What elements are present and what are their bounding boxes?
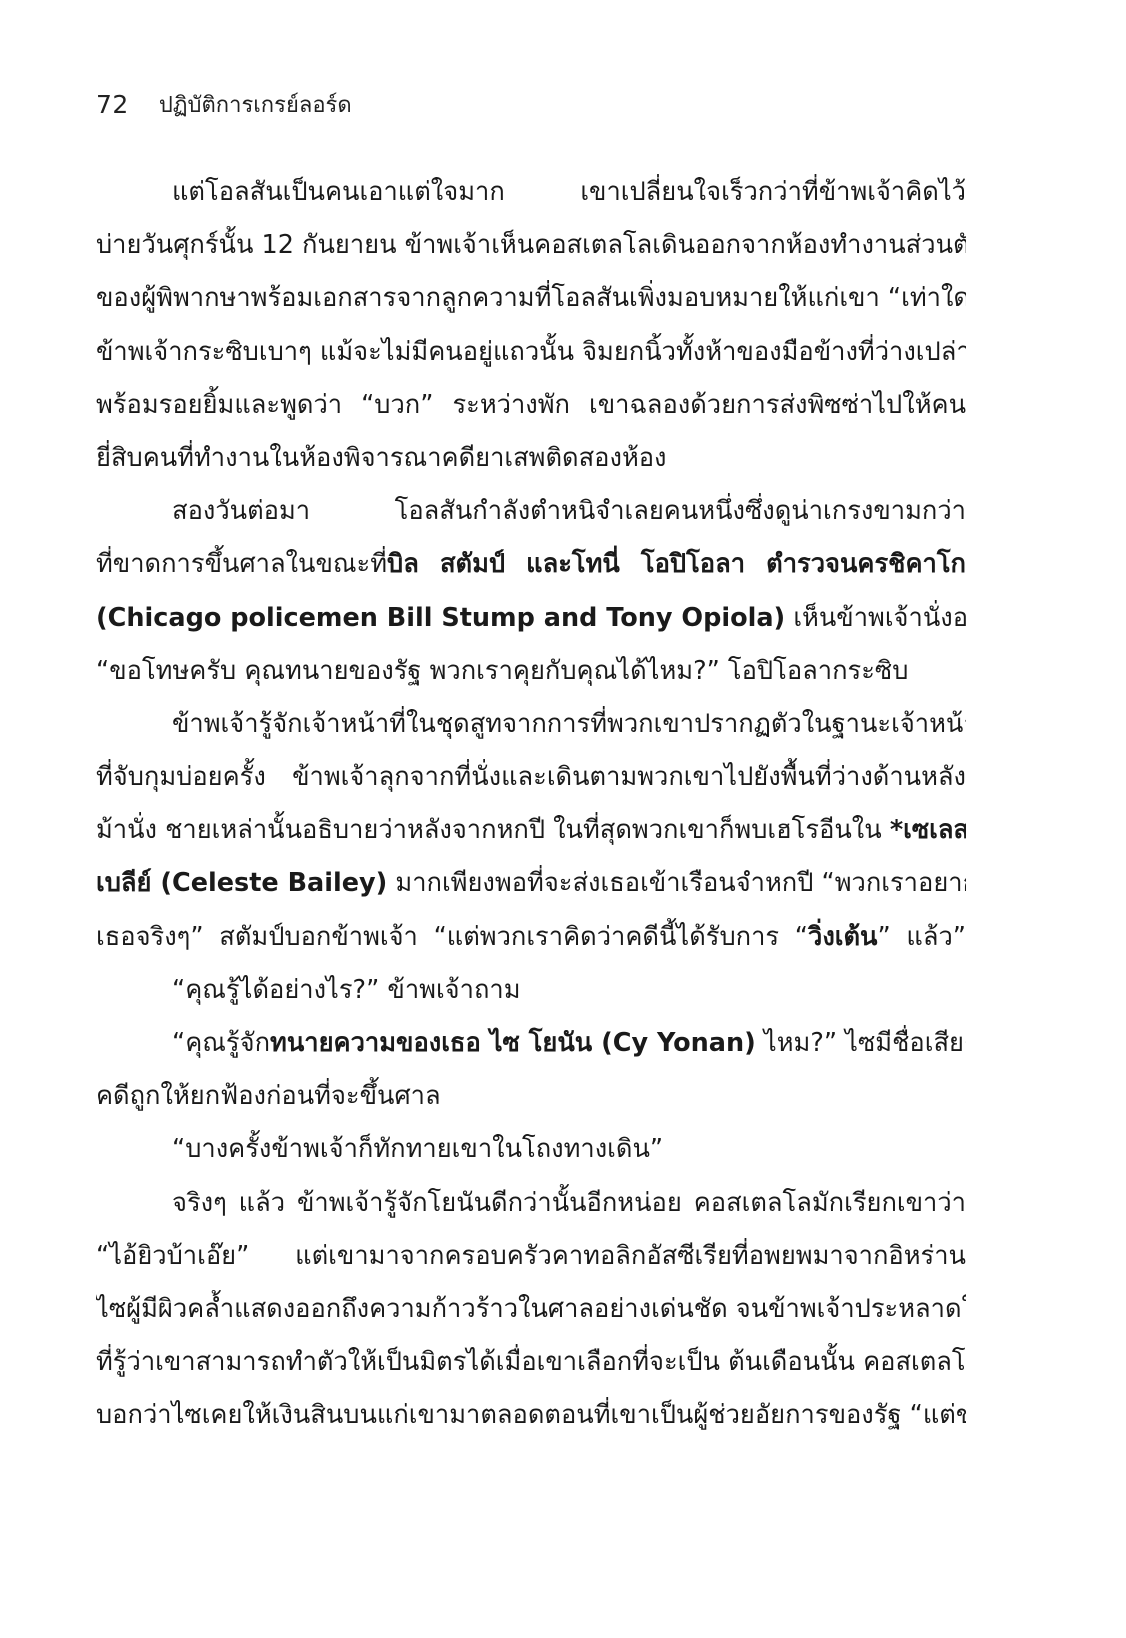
page-number: 72 <box>96 90 129 119</box>
text-line: แต่โอลสันเป็นคนเอาแต่ใจมาก เขาเปลี่ยนใจเ… <box>96 166 966 219</box>
text-line: “คุณรู้ได้อย่างไร?” ข้าพเจ้าถาม <box>96 964 966 1017</box>
text-segment: พร้อมรอยยิ้มและพูดว่า “บวก” ระหว่างพัก เ… <box>96 390 966 420</box>
text-line: ม้านั่ง ชายเหล่านั้นอธิบายว่าหลังจากหกปี… <box>96 804 966 857</box>
text-line: “ไอ้ยิวบ้าเอ๊ย” แต่เขามาจากครอบครัวคาทอล… <box>96 1230 966 1283</box>
text-line: (Chicago policemen Bill Stump and Tony O… <box>96 592 966 645</box>
text-line: ไซผู้มีผิวคล้ำแสดงออกถึงความก้าวร้าวในศา… <box>96 1283 966 1336</box>
text-line: ข้าพเจ้ากระซิบเบาๆ แม้จะไม่มีคนอยู่แถวนั… <box>96 326 966 379</box>
text-line: เธอจริงๆ” สตัมป์บอกข้าพเจ้า “แต่พวกเราคิ… <box>96 911 966 964</box>
text-segment: ที่ขาดการขึ้นศาลในขณะที่ <box>96 549 387 579</box>
text-segment: ที่รู้ว่าเขาสามารถทำตัวให้เป็นมิตรได้เมื… <box>96 1347 966 1377</box>
text-line: “คุณรู้จักทนายความของเธอ ไซ โยนัน (Cy Yo… <box>96 1017 966 1070</box>
text-line: บอกว่าไซเคยให้เงินสินบนแก่เขามาตลอดตอนที… <box>96 1389 966 1442</box>
bold-text-segment: (Chicago policemen Bill Stump and Tony O… <box>96 603 785 633</box>
text-segment: บอกว่าไซเคยให้เงินสินบนแก่เขามาตลอดตอนที… <box>96 1400 966 1430</box>
text-segment: “คุณรู้จัก <box>172 1028 270 1058</box>
text-segment: ข้าพเจ้ารู้จักเจ้าหน้าที่ในชุดสูทจากการท… <box>172 709 966 739</box>
text-segment: ข้าพเจ้ากระซิบเบาๆ แม้จะไม่มีคนอยู่แถวนั… <box>96 337 966 367</box>
body-text: แต่โอลสันเป็นคนเอาแต่ใจมาก เขาเปลี่ยนใจเ… <box>96 166 966 1443</box>
book-page: 72 ปฏิบัติการเกรย์ลอร์ด แต่โอลสันเป็นคนเ… <box>0 0 1126 1638</box>
book-title: ปฏิบัติการเกรย์ลอร์ด <box>159 87 352 122</box>
text-segment: แต่โอลสันเป็นคนเอาแต่ใจมาก เขาเปลี่ยนใจเ… <box>172 177 966 207</box>
text-segment: ม้านั่ง ชายเหล่านั้นอธิบายว่าหลังจากหกปี… <box>96 815 890 845</box>
text-line: ที่ขาดการขึ้นศาลในขณะที่บิล สตัมป์ และโท… <box>96 538 966 591</box>
text-line: “ขอโทษครับ คุณทนายของรัฐ พวกเราคุยกับคุณ… <box>96 645 966 698</box>
text-line: ข้าพเจ้ารู้จักเจ้าหน้าที่ในชุดสูทจากการท… <box>96 698 966 751</box>
text-segment: “บางครั้งข้าพเจ้าก็ทักทายเขาในโถงทางเดิน… <box>172 1134 663 1164</box>
text-segment: บ่ายวันศุกร์นั้น 12 กันยายน ข้าพเจ้าเห็น… <box>96 230 966 260</box>
text-segment: เห็นข้าพเจ้านั่งอยู่ข้างๆ <box>785 603 966 633</box>
text-segment: “คุณรู้ได้อย่างไร?” ข้าพเจ้าถาม <box>172 975 521 1005</box>
text-segment: ไหม?” ไซมีชื่อเสียงว่า <box>756 1028 966 1058</box>
text-segment: ไซผู้มีผิวคล้ำแสดงออกถึงความก้าวร้าวในศา… <box>96 1294 966 1324</box>
text-segment: คดีถูกให้ยกฟ้องก่อนที่จะขึ้นศาล <box>96 1081 441 1111</box>
text-line: สองวันต่อมา โอลสันกำลังตำหนิจำเลยคนหนึ่ง… <box>96 485 966 538</box>
text-segment: “ไอ้ยิวบ้าเอ๊ย” แต่เขามาจากครอบครัวคาทอล… <box>96 1241 966 1271</box>
text-segment: เธอจริงๆ” สตัมป์บอกข้าพเจ้า “แต่พวกเราคิ… <box>96 922 808 952</box>
bold-text-segment: *เซเลสต์ <box>890 815 966 845</box>
text-segment: ” แล้ว” <box>878 922 967 952</box>
text-line: ที่จับกุมบ่อยครั้ง ข้าพเจ้าลุกจากที่นั่ง… <box>96 751 966 804</box>
text-segment: สองวันต่อมา โอลสันกำลังตำหนิจำเลยคนหนึ่ง… <box>172 496 966 526</box>
text-line: “บางครั้งข้าพเจ้าก็ทักทายเขาในโถงทางเดิน… <box>96 1123 966 1176</box>
text-line: ที่รู้ว่าเขาสามารถทำตัวให้เป็นมิตรได้เมื… <box>96 1336 966 1389</box>
text-line: คดีถูกให้ยกฟ้องก่อนที่จะขึ้นศาล <box>96 1070 966 1123</box>
text-segment: ยี่สิบคนที่ทำงานในห้องพิจารณาคดียาเสพติด… <box>96 443 667 473</box>
bold-text-segment: เบลีย์ (Celeste Bailey) <box>96 868 387 898</box>
text-line: พร้อมรอยยิ้มและพูดว่า “บวก” ระหว่างพัก เ… <box>96 379 966 432</box>
text-segment: จริงๆ แล้ว ข้าพเจ้ารู้จักโยนันดีกว่านั้น… <box>172 1188 966 1218</box>
text-segment: ที่จับกุมบ่อยครั้ง ข้าพเจ้าลุกจากที่นั่ง… <box>96 762 966 792</box>
text-line: บ่ายวันศุกร์นั้น 12 กันยายน ข้าพเจ้าเห็น… <box>96 219 966 272</box>
text-line: ของผู้พิพากษาพร้อมเอกสารจากลูกความที่โอล… <box>96 272 966 325</box>
bold-text-segment: วิ่งเต้น <box>808 922 877 952</box>
text-line: ยี่สิบคนที่ทำงานในห้องพิจารณาคดียาเสพติด… <box>96 432 966 485</box>
bold-text-segment: ทนายความของเธอ ไซ โยนัน (Cy Yonan) <box>270 1028 756 1058</box>
text-line: จริงๆ แล้ว ข้าพเจ้ารู้จักโยนันดีกว่านั้น… <box>96 1177 966 1230</box>
bold-text-segment: บิล สตัมป์ และโทนี่ โอปิโอลา ตำรวจนครชิค… <box>387 549 966 579</box>
text-segment: มากเพียงพอที่จะส่งเธอเข้าเรือนจำหกปี “พว… <box>387 868 966 898</box>
text-segment: ของผู้พิพากษาพร้อมเอกสารจากลูกความที่โอล… <box>96 283 966 313</box>
text-line: เบลีย์ (Celeste Bailey) มากเพียงพอที่จะส… <box>96 857 966 910</box>
text-segment: “ขอโทษครับ คุณทนายของรัฐ พวกเราคุยกับคุณ… <box>96 656 908 686</box>
running-head: 72 ปฏิบัติการเกรย์ลอร์ด <box>96 84 352 124</box>
